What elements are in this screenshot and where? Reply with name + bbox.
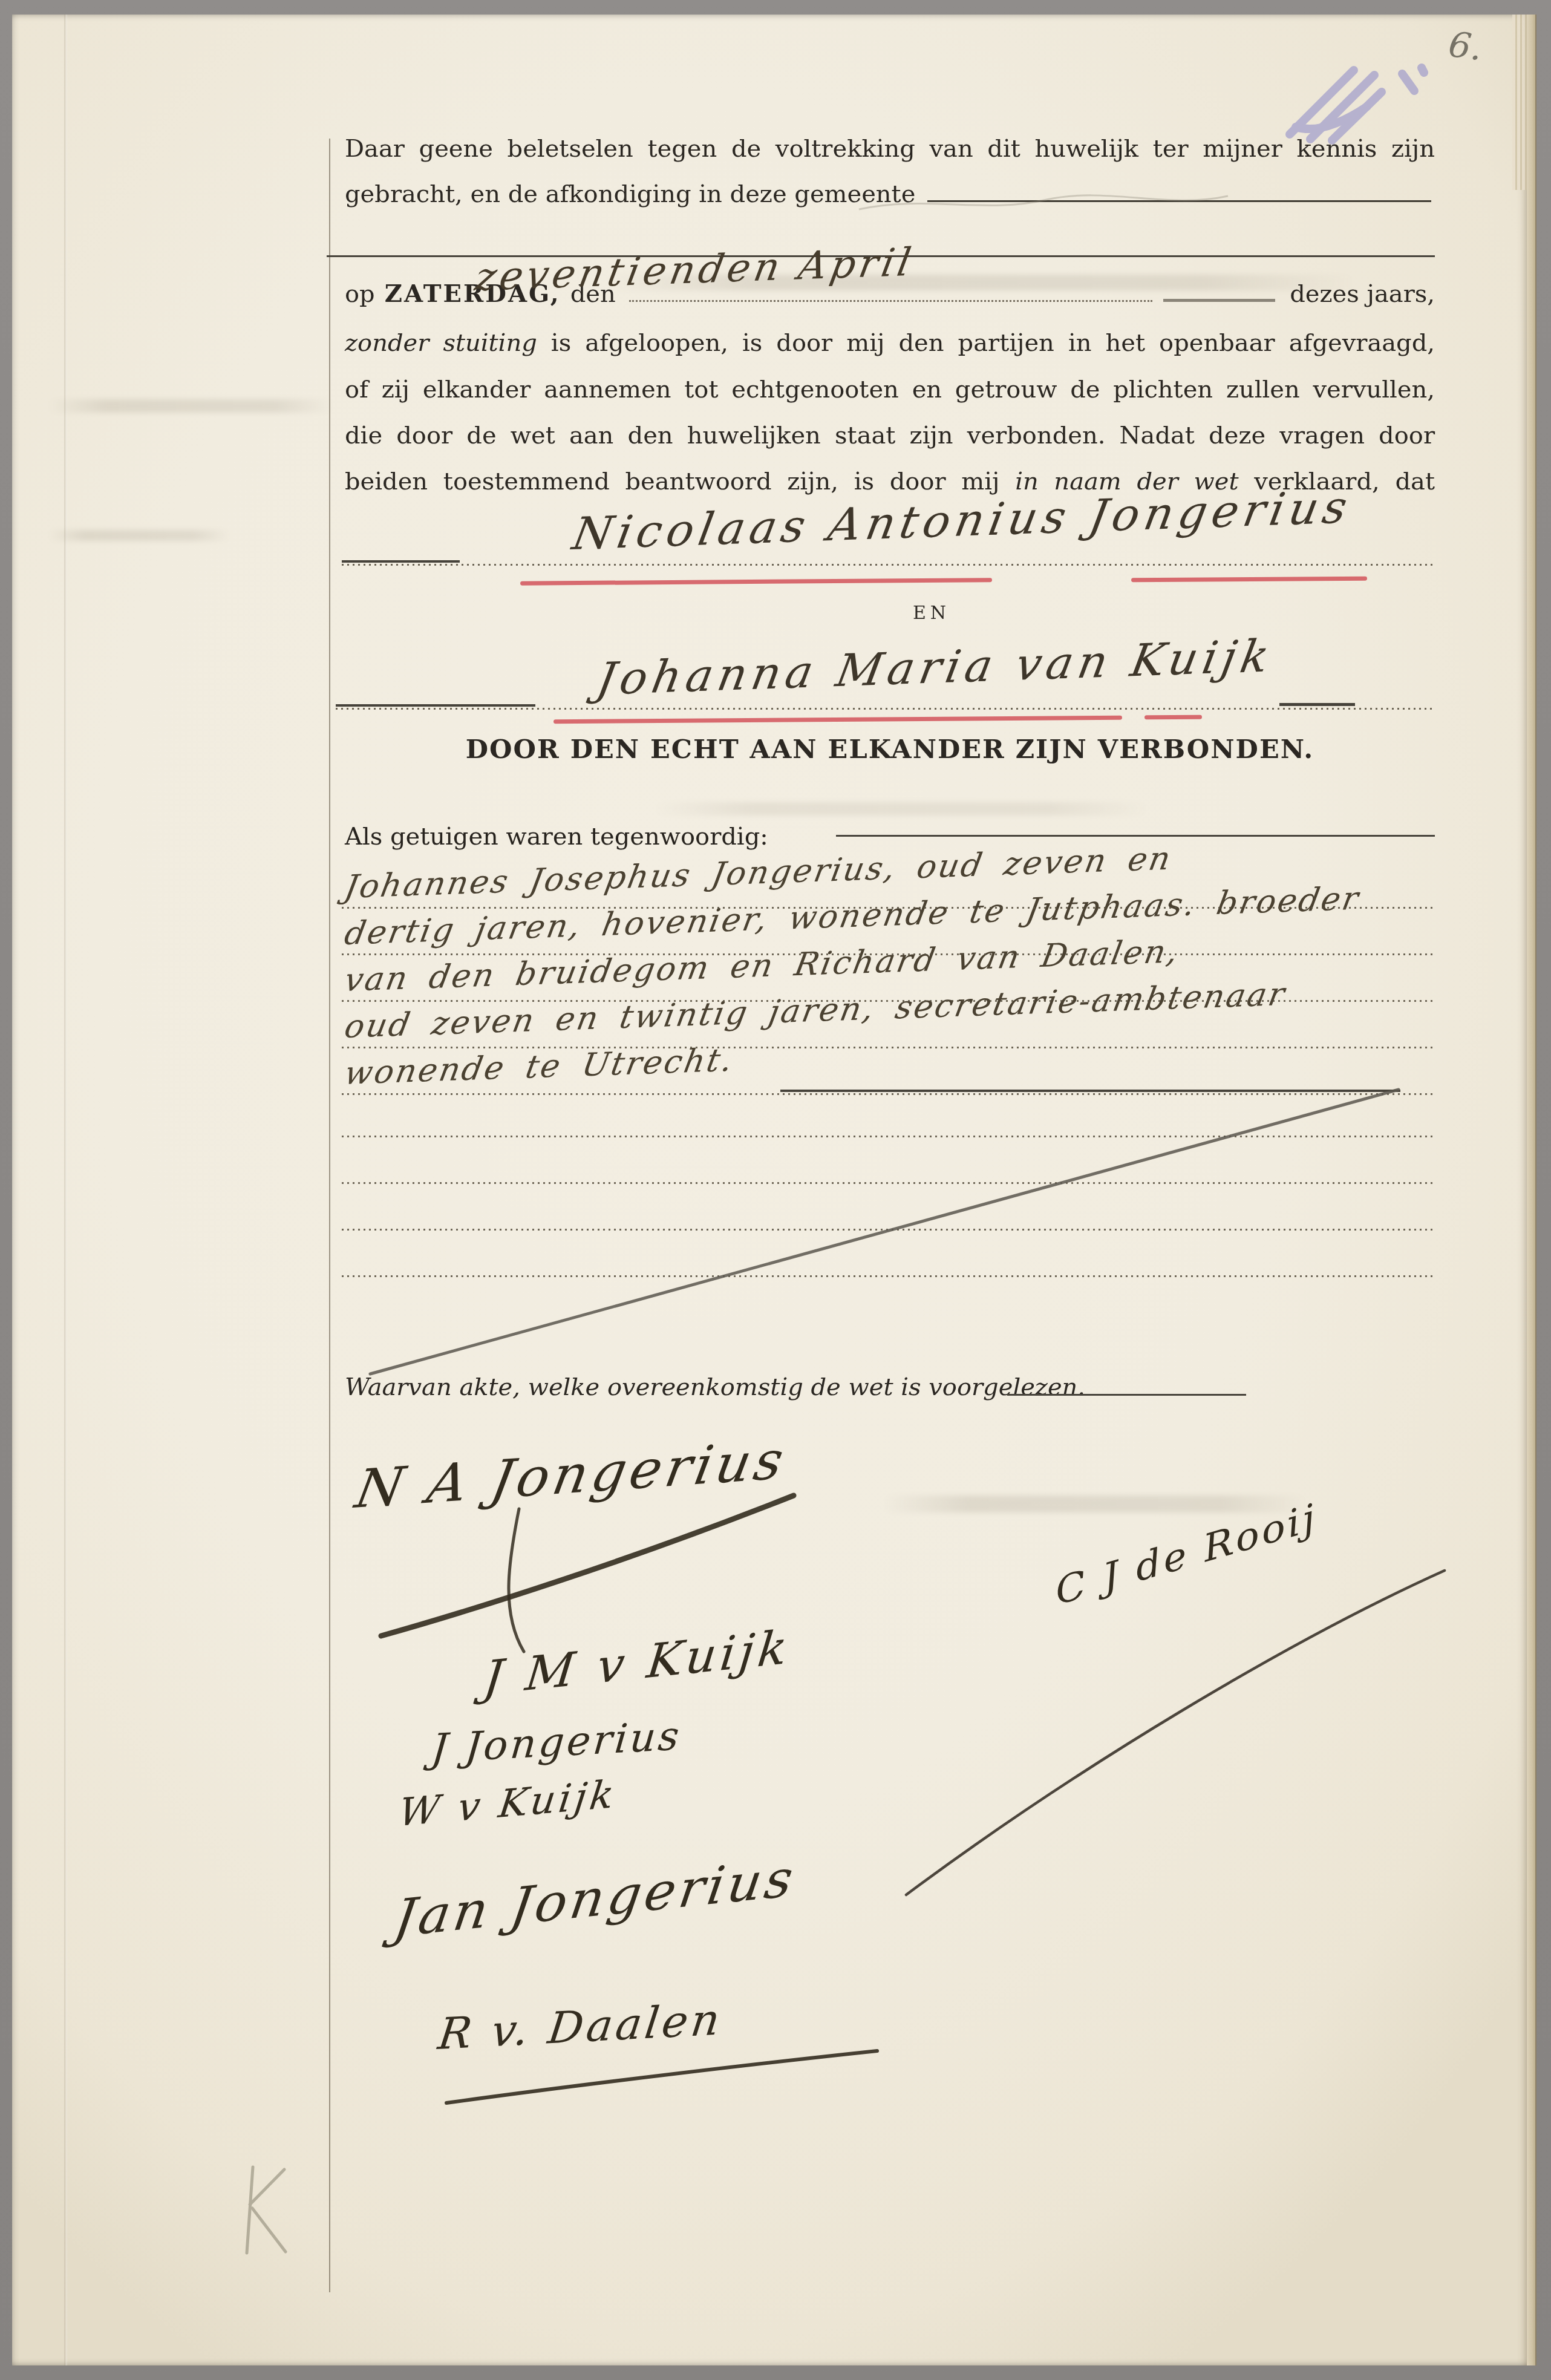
form-dotted-line [342,1047,1435,1048]
witnesses-heading: Als getuigen waren tegenwoordig: [345,823,768,851]
intro-line-2: gebracht, en de afkondiging in deze geme… [345,180,915,208]
paper-page: Daar geene beletselen tegen de voltrekki… [12,15,1527,2365]
empty-form-line [342,1182,1435,1184]
ink-bleed-smudge [48,399,333,413]
red-underline [553,716,1122,724]
signature-6: Jan Jongerius [390,1848,800,1949]
signature-4: J Jongerius [429,1713,684,1772]
red-underline [1144,715,1202,720]
form-dotted-line [336,708,1434,710]
pencil-page-number: 6. [1446,23,1485,68]
signature-1: N A Jongerius [351,1428,792,1520]
ink-bleed-smudge [883,1496,1307,1512]
closing-rule [1007,1394,1246,1396]
intro-line-2-row: gebracht, en de afkondiging in deze geme… [345,180,1435,208]
proclamation-line-2-rest: is afgeloopen, is door mij den partijen … [551,329,1435,357]
word-dezes-jaars: dezes jaars, [1290,280,1435,308]
signature-5: W v Kuijk [396,1772,619,1836]
heading-rule [836,835,1435,837]
conjunction-en: EN [835,603,1028,624]
word-op: op [345,280,375,308]
ink-bleed-smudge [653,802,1149,816]
signature-descender-stroke [509,1509,524,1652]
strike-through-line [370,1090,1399,1374]
ink-strokes-overlay [12,15,1527,2365]
leading-dash [342,560,460,563]
signature-7: R v. Daalen [436,1994,726,2059]
red-underline [1131,577,1367,583]
signature-underline-flourish [446,2051,877,2103]
book-page-stack-edge [1512,15,1528,190]
form-dotted-line [342,1000,1435,1002]
form-dotted-line [342,907,1435,909]
witnesses-heading-row: Als getuigen waren tegenwoordig: [345,823,768,851]
page-right-edge [1527,15,1536,2365]
blank-fill-rule [927,200,1431,202]
date-filler-rule [1163,299,1275,302]
italic-zonder-stuiting: zonder stuiting [345,329,551,357]
witness-line-5: wonende te Utrecht. [342,1042,737,1092]
form-dotted-line [342,953,1435,955]
margin-rule [329,139,330,2292]
empty-form-line [342,1136,1435,1137]
proclamation-line-4: die door de wet aan den huwelijken staat… [345,420,1435,451]
ink-bleed-smudge [48,530,230,541]
bond-statement: DOOR DEN ECHT AAN ELKANDER ZIJN VERBONDE… [345,734,1435,765]
form-dotted-line [342,564,1434,566]
proclamation-line-2: zonder stuiting is afgeloopen, is door m… [345,327,1435,359]
scanned-document: Daar geene beletselen tegen de voltrekki… [0,0,1551,2380]
signature-underline-flourish [381,1496,794,1636]
trailing-dash [1279,703,1355,706]
closing-statement: Waarvan akte, welke overeenkomstig de we… [345,1373,1085,1401]
proclamation-line-3: of zij elkander aannemen tot echtgenoote… [345,374,1435,405]
leading-dash [336,704,535,707]
closing-dash-rule [780,1090,1400,1092]
form-dotted-line [342,1093,1435,1095]
red-underline [520,578,992,585]
pencil-mark-k [247,2167,286,2253]
empty-form-line [342,1229,1435,1231]
signature-2-official: C J de Rooij [1053,1496,1320,1614]
signature-3: J M v Kuijk [481,1620,794,1706]
proclamation-line-5-pre: beiden toestemmend beantwoord zijn, is d… [345,468,1015,495]
date-dotted-blank [629,300,1153,302]
intro-line-1: Daar geene beletselen tegen de voltrekki… [345,133,1435,165]
empty-form-line [342,1275,1435,1277]
bride-name-handwritten: Johanna Maria van Kuijk [593,630,1278,705]
blue-crayon-mark [1290,68,1424,140]
paper-crease [64,15,67,2365]
official-signature-flourish [906,1571,1445,1895]
